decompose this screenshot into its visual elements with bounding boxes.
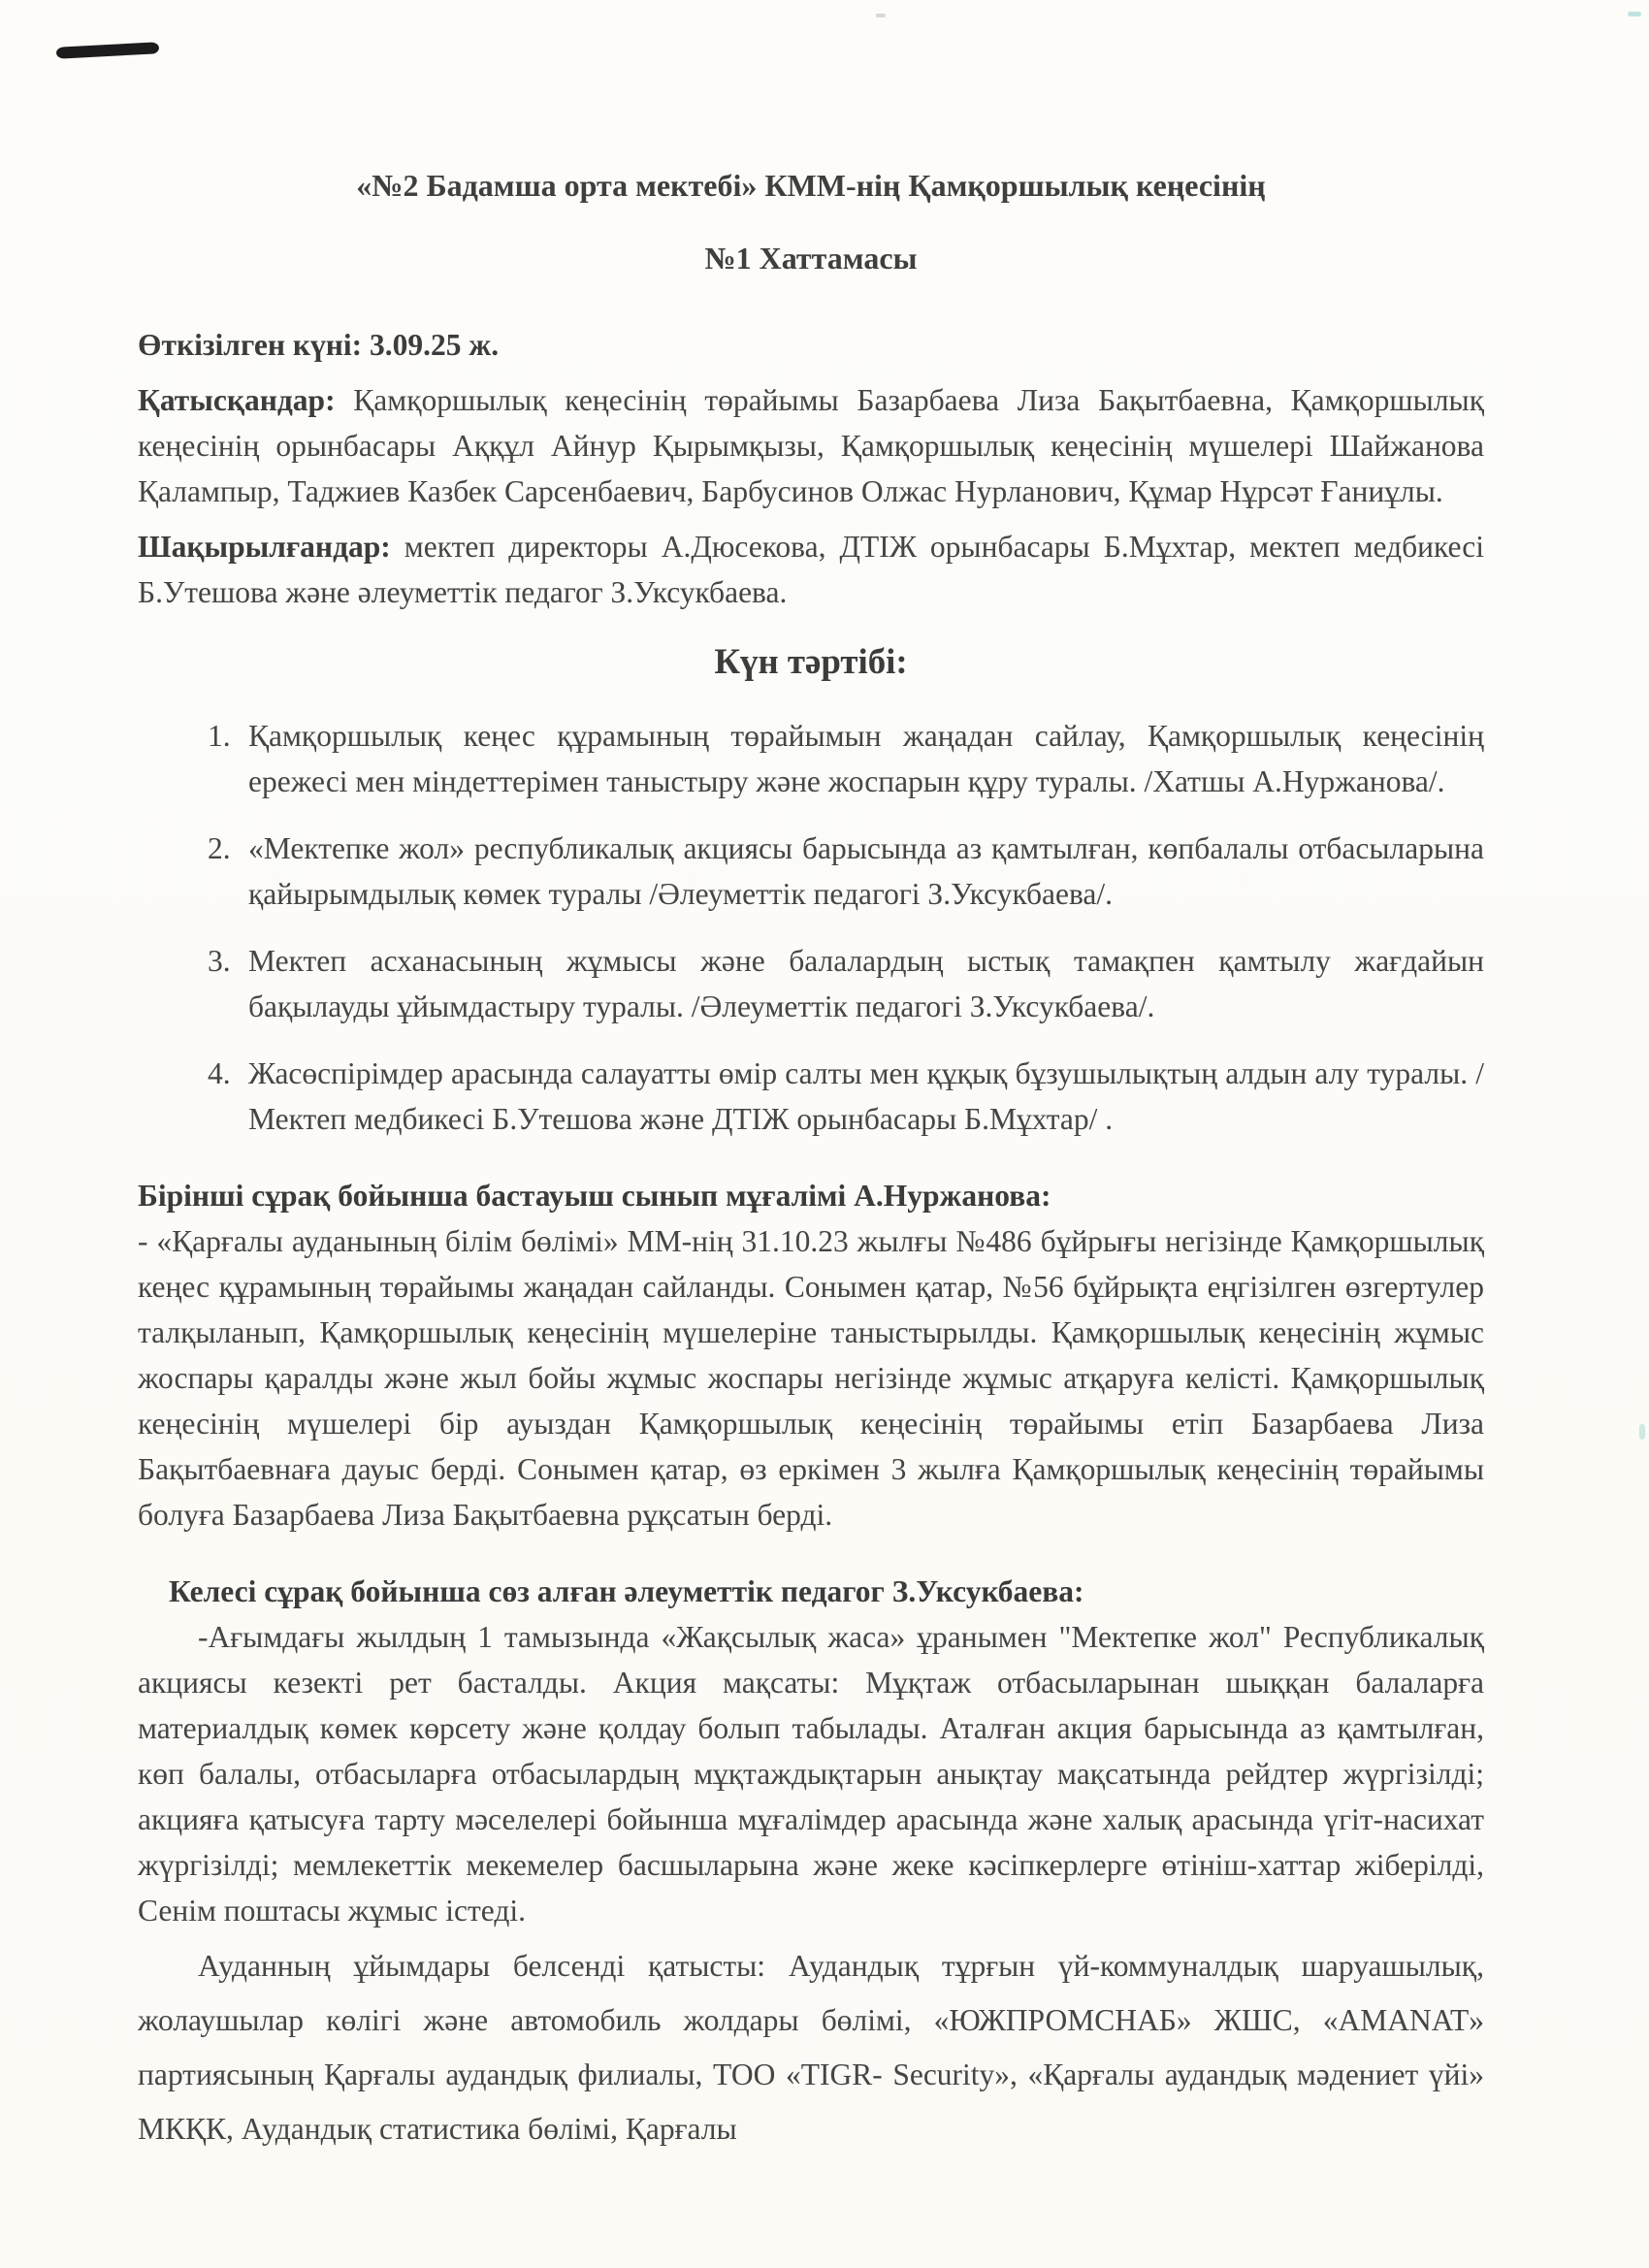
agenda-item-text: Мектеп асханасының жұмысы және балаларды… — [248, 938, 1484, 1029]
agenda-item-number: 2. — [208, 826, 248, 871]
meeting-date: Өткізілген күні: 3.09.25 ж. — [138, 322, 1484, 368]
attendees-label: Қатысқандар: — [138, 383, 336, 417]
agenda-item-text: Жасөспірімдер арасында салауатты өмір са… — [248, 1051, 1484, 1142]
scan-artifact-mark — [56, 42, 159, 59]
section2-paragraph-2: Ауданның ұйымдары белсенді қатысты: Ауда… — [138, 1939, 1484, 2156]
scan-speck — [1639, 1424, 1645, 1440]
agenda-list: 1. Қамқоршылық кеңес құрамының төрайымын… — [138, 713, 1484, 1142]
agenda-item-number: 3. — [208, 938, 248, 984]
attendees-text: Қамқоршылық кеңесінің төрайымы Базарбаев… — [138, 383, 1484, 508]
scan-speck — [876, 14, 886, 17]
section2-heading: Келесі сұрақ бойынша сөз алған әлеуметті… — [169, 1569, 1484, 1614]
agenda-item-text: «Мектепке жол» республикалық акциясы бар… — [248, 826, 1484, 917]
agenda-item: 1. Қамқоршылық кеңес құрамының төрайымын… — [208, 713, 1484, 804]
agenda-item: 4. Жасөспірімдер арасында салауатты өмір… — [208, 1051, 1484, 1142]
agenda-item-text: Қамқоршылық кеңес құрамының төрайымын жа… — [248, 713, 1484, 804]
agenda-item: 3. Мектеп асханасының жұмысы және балала… — [208, 938, 1484, 1029]
section1-heading: Бірінші сұрақ бойынша бастауыш сынып мұғ… — [138, 1173, 1484, 1218]
agenda-heading: Күн тәртібі: — [138, 638, 1484, 684]
document-title: «№2 Бадамша орта мектебі» КММ-нің Қамқор… — [138, 163, 1484, 209]
protocol-number: №1 Хаттамасы — [138, 236, 1484, 281]
invited-label: Шақырылғандар: — [138, 530, 391, 564]
section1-body: - «Қарғалы ауданының білім бөлімі» ММ-ні… — [138, 1218, 1484, 1538]
agenda-item-number: 1. — [208, 713, 248, 759]
agenda-item-number: 4. — [208, 1051, 248, 1096]
attendees-paragraph: Қатысқандар: Қамқоршылық кеңесінің төрай… — [138, 377, 1484, 514]
agenda-item: 2. «Мектепке жол» республикалық акциясы … — [208, 826, 1484, 917]
scan-speck — [1628, 12, 1641, 16]
invited-paragraph: Шақырылғандар: мектеп директоры А.Дюсеко… — [138, 524, 1484, 615]
section2-paragraph-1: -Ағымдағы жылдың 1 тамызында «Жақсылық ж… — [138, 1614, 1484, 1933]
document-page: «№2 Бадамша орта мектебі» КММ-нің Қамқор… — [0, 0, 1649, 2268]
